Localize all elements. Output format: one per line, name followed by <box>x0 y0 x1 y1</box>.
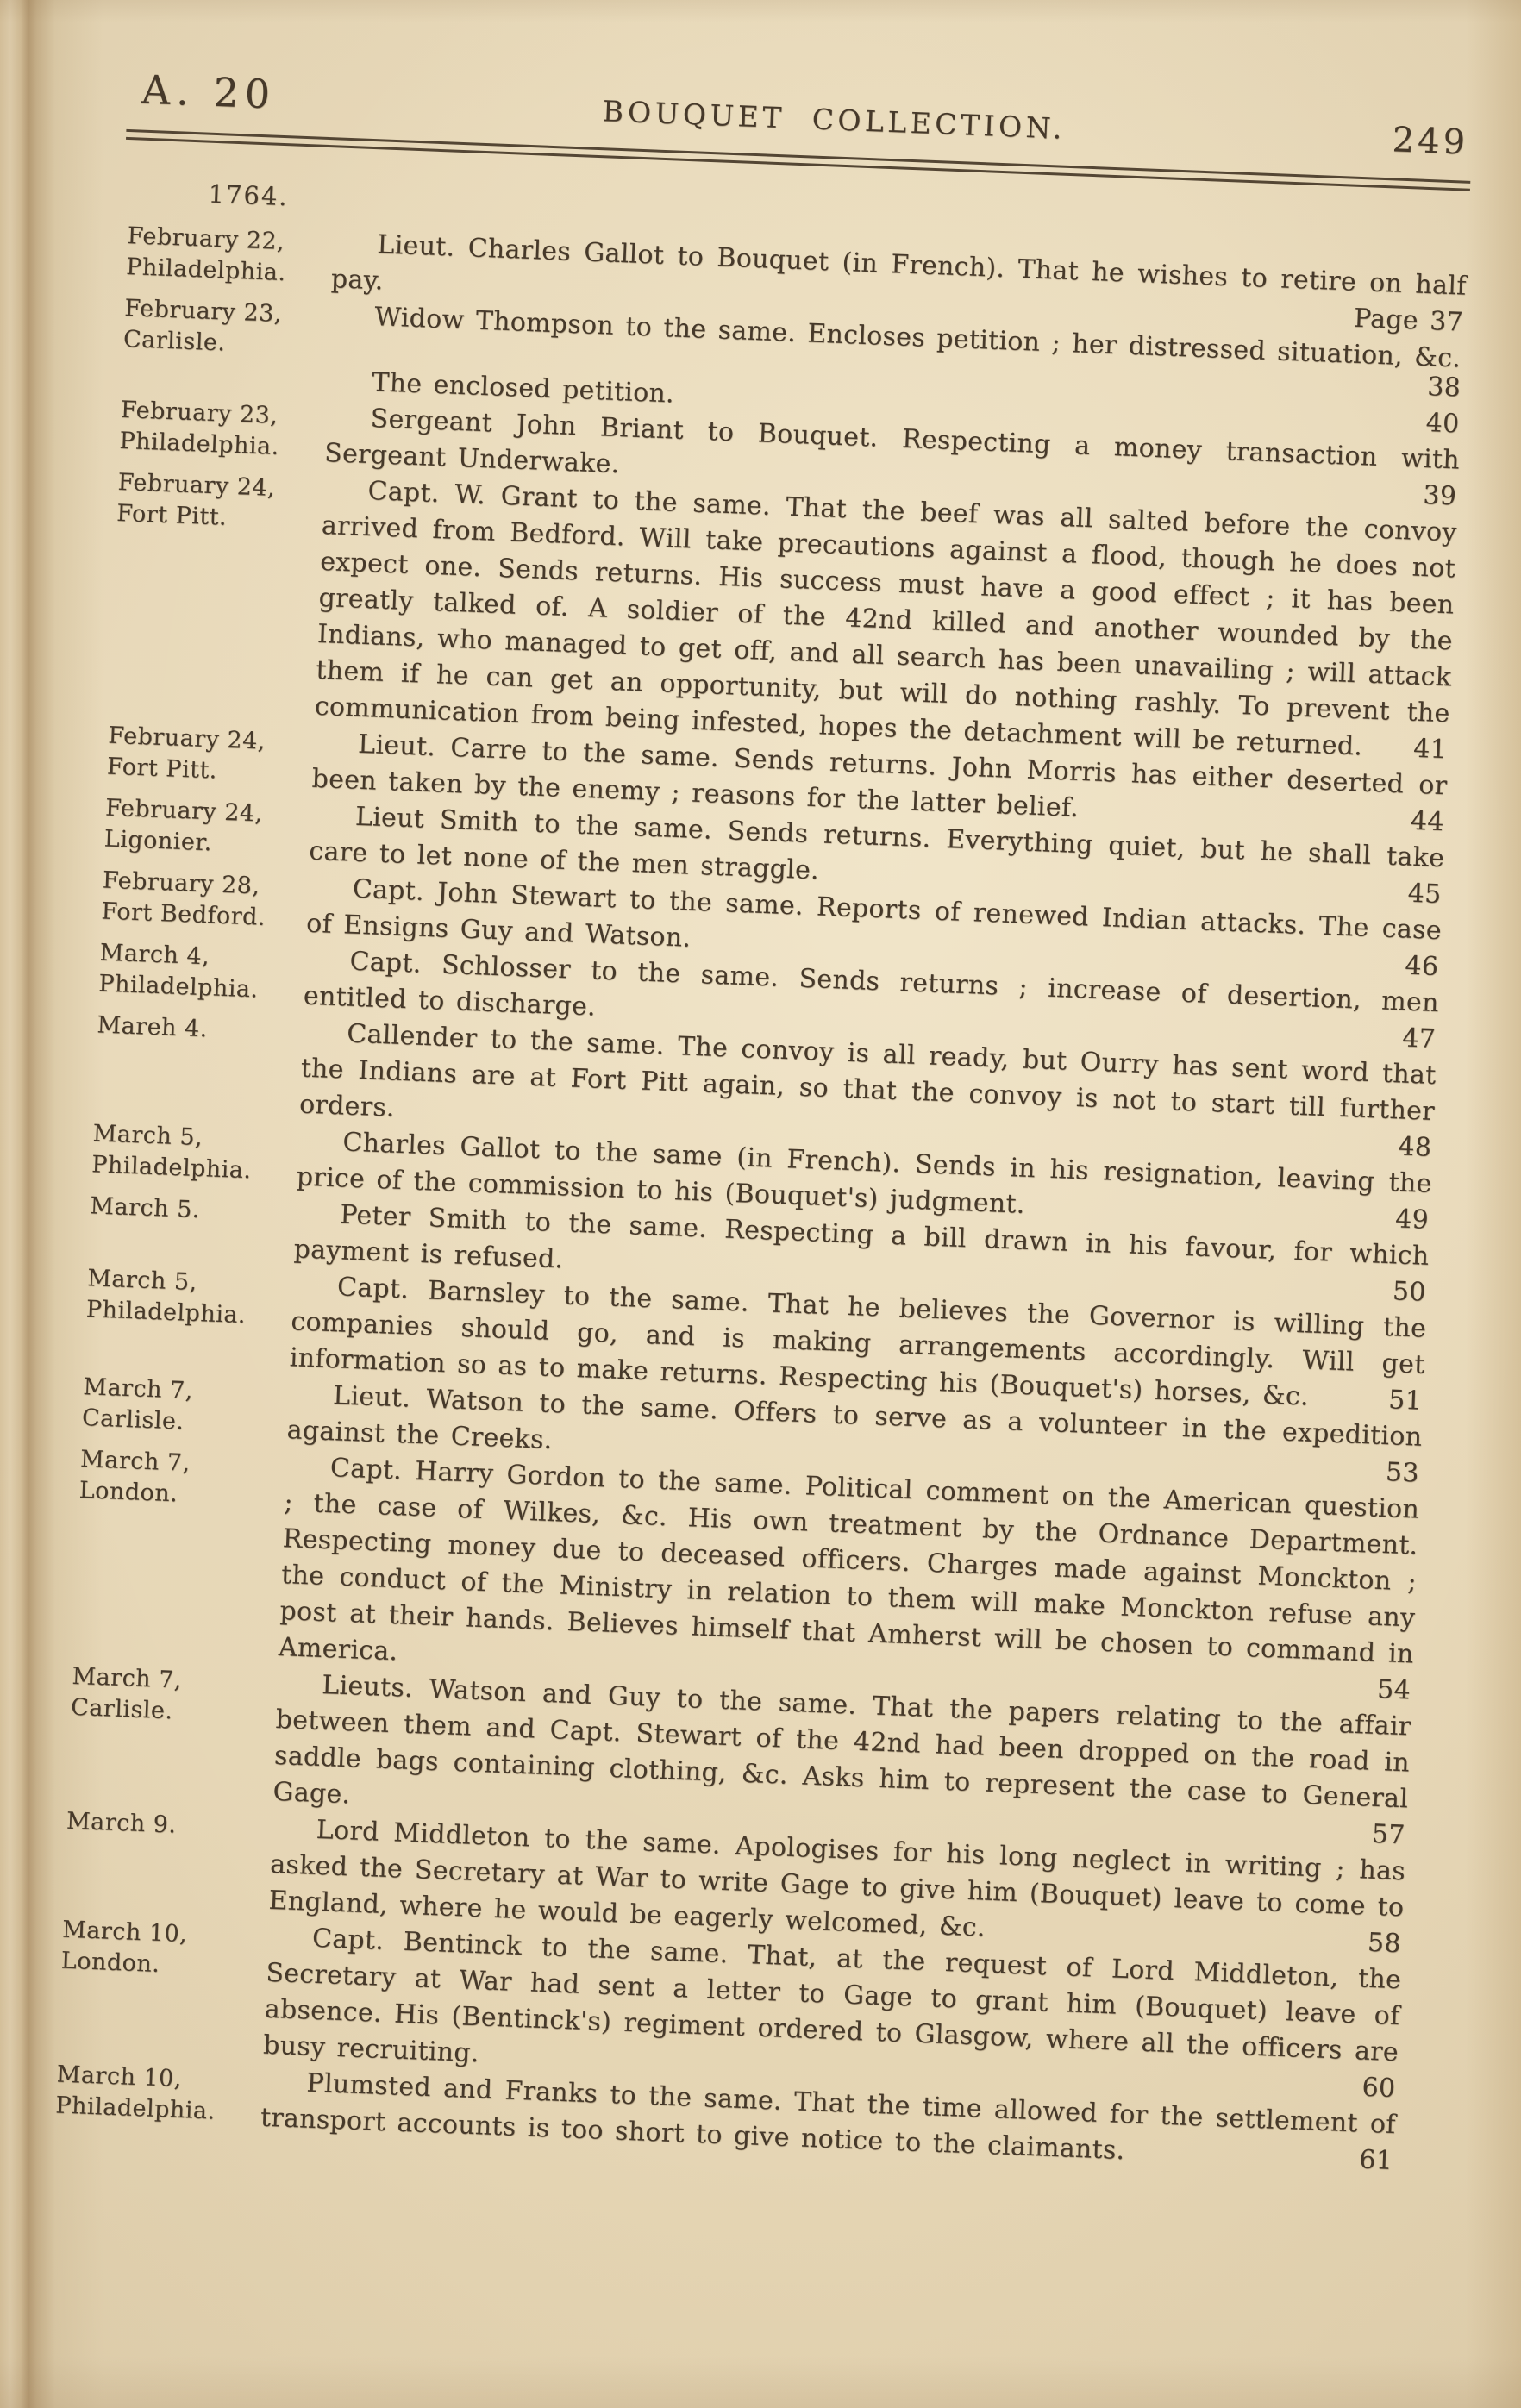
entry-page-ref: 41 <box>1412 731 1447 768</box>
entry-page-ref: 38 <box>1427 369 1462 406</box>
entry-body: Capt. Harry Gordon to the same. Politica… <box>278 1448 1420 1709</box>
page-number: 249 <box>1392 120 1469 162</box>
entry-date: March 10, Philadelphia. <box>49 2055 262 2136</box>
entry-date: March 10, London. <box>53 1911 268 2063</box>
scanned-book-page: A. 20 BOUQUET COLLECTION. 249 1764. Febr… <box>0 0 1521 2408</box>
entry-date: March 7, Carlisle. <box>62 1658 278 1811</box>
entry-place-line: London. <box>60 1946 266 1985</box>
entry-date: February 24, Ligonier. <box>98 789 311 869</box>
entry-body: Capt. W. Grant to the same. That the bee… <box>314 472 1457 768</box>
entry-place-line: Fort Pitt. <box>116 498 322 537</box>
entry-date-line: March 9. <box>66 1806 272 1845</box>
entry-date: March 4, Philadelphia. <box>92 934 305 1014</box>
entry-page-ref: Page 37 <box>1353 301 1464 341</box>
entry-date: March 9. <box>58 1803 272 1919</box>
entry-place-line: Fort Pitt. <box>106 752 312 791</box>
entry-page-ref: 54 <box>1376 1672 1411 1709</box>
entry-page-ref: 51 <box>1387 1382 1422 1419</box>
page-bottom-edge-shadow <box>0 2356 1521 2408</box>
entry-date: February 23, Carlisle. <box>117 290 330 363</box>
entry-date-line: Mareh 4. <box>97 1010 303 1048</box>
entry-page-ref: 53 <box>1385 1454 1419 1492</box>
entry-page-ref: 39 <box>1423 478 1457 515</box>
entry-text: Capt. W. Grant to the same. That the bee… <box>314 476 1457 761</box>
entry-page-ref: 47 <box>1401 1021 1436 1058</box>
entry-place-line: Philadelphia. <box>98 968 304 1007</box>
entry-date: March 5. <box>83 1187 296 1267</box>
entry-date: March 7, London. <box>67 1441 285 1666</box>
entry-place-line: Philadelphia. <box>119 426 325 465</box>
entry-page-ref: 49 <box>1394 1201 1429 1238</box>
entry-date: February 24, Fort Pitt. <box>103 464 323 725</box>
entry-list: February 22, Philadelphia. Lieut. Charle… <box>49 217 1467 2180</box>
entry-date: February 22, Philadelphia. <box>120 217 333 297</box>
entry-date: March 7, Carlisle. <box>76 1368 289 1448</box>
page-right-edge-shadow <box>1461 0 1521 2408</box>
entry-place-line: Ligonier. <box>103 824 310 863</box>
entry-date: February 23, Philadelphia. <box>114 391 327 472</box>
entry-page-ref: 61 <box>1359 2142 1393 2180</box>
entry-page-ref: 50 <box>1392 1273 1426 1310</box>
entry-place-line: Philadelphia. <box>55 2090 261 2129</box>
entry-date: March 5, Philadelphia. <box>85 1115 298 1195</box>
entry-text: Capt. Harry Gordon to the same. Politica… <box>278 1453 1419 1669</box>
entry-page-ref: 57 <box>1371 1817 1405 1854</box>
entry-page-ref: 60 <box>1361 2070 1396 2107</box>
page-content: A. 20 BOUQUET COLLECTION. 249 1764. Febr… <box>49 50 1473 2180</box>
signature-mark: A. 20 <box>141 66 277 118</box>
entry-place-line: Fort Bedford. <box>101 897 307 935</box>
entry-date: February 28, Fort Bedford. <box>96 861 309 941</box>
entry-page-ref: 46 <box>1405 948 1439 985</box>
entry-date: March 5, Philadelphia. <box>78 1260 293 1376</box>
entry-page-ref: 48 <box>1398 1129 1432 1166</box>
entry-page-ref: 40 <box>1425 405 1460 442</box>
entry-date: Mareh 4. <box>89 1006 304 1123</box>
catalog-entry: February 24, Fort Pitt. Capt. W. Grant t… <box>103 464 1457 769</box>
entry-date-line: March 5. <box>90 1191 296 1229</box>
entry-page-ref: 45 <box>1407 876 1442 913</box>
entry-page-ref: 44 <box>1410 804 1444 841</box>
page-top-edge-shadow <box>0 0 1521 22</box>
entry-date: February 24, Fort Pitt. <box>101 716 314 797</box>
entry-page-ref: 58 <box>1367 1925 1401 1962</box>
